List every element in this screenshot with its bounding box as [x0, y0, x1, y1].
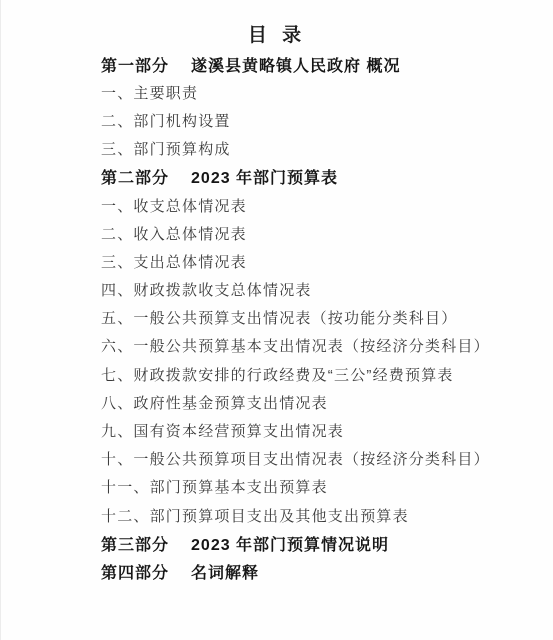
part-title: 2023 年部门预算表: [191, 165, 338, 188]
toc-heading-part-2: 第二部分 2023 年部门预算表: [101, 163, 523, 191]
toc-item: 六、一般公共预算基本支出情况表（按经济分类科目）: [101, 332, 523, 360]
toc-item-label: 六、一般公共预算基本支出情况表（按经济分类科目）: [101, 335, 490, 356]
part-title: 遂溪县黄略镇人民政府 概况: [191, 53, 400, 76]
toc-item-label: 八、政府性基金预算支出情况表: [101, 392, 328, 413]
page-title: 目 录: [1, 0, 553, 47]
part-title: 名词解释: [191, 560, 259, 583]
toc-item-label: 九、国有资本经营预算支出情况表: [101, 420, 344, 441]
toc-item-label: 四、财政拨款收支总体情况表: [101, 279, 312, 300]
toc-item: 五、一般公共预算支出情况表（按功能分类科目）: [101, 304, 523, 332]
toc-item-label: 一、主要职责: [101, 82, 198, 103]
part-title: 2023 年部门预算情况说明: [191, 532, 389, 555]
toc-heading-part-4: 第四部分 名词解释: [101, 557, 523, 585]
toc-item: 一、收支总体情况表: [101, 191, 523, 219]
toc-item: 三、支出总体情况表: [101, 247, 523, 275]
toc-item-label: 十一、部门预算基本支出预算表: [101, 476, 328, 497]
toc-item-label: 五、一般公共预算支出情况表（按功能分类科目）: [101, 307, 457, 328]
toc-item: 十二、部门预算项目支出及其他支出预算表: [101, 501, 523, 529]
toc-item: 七、财政拨款安排的行政经费及“三公”经费预算表: [101, 360, 523, 388]
toc-item-label: 十、一般公共预算项目支出情况表（按经济分类科目）: [101, 448, 490, 469]
toc-item: 一、主要职责: [101, 78, 523, 106]
part-number: 第二部分: [101, 165, 169, 188]
toc-item: 二、部门机构设置: [101, 106, 523, 134]
toc-item: 十、一般公共预算项目支出情况表（按经济分类科目）: [101, 445, 523, 473]
toc-item-label: 七、财政拨款安排的行政经费及“三公”经费预算表: [101, 364, 454, 385]
toc-heading-part-3: 第三部分 2023 年部门预算情况说明: [101, 529, 523, 557]
toc-item-label: 三、部门预算构成: [101, 138, 231, 159]
toc-item-label: 三、支出总体情况表: [101, 251, 247, 272]
toc-item: 八、政府性基金预算支出情况表: [101, 388, 523, 416]
toc-item: 四、财政拨款收支总体情况表: [101, 276, 523, 304]
document-page: 目 录 第一部分 遂溪县黄略镇人民政府 概况 一、主要职责 二、部门机构设置 三…: [0, 0, 553, 640]
table-of-contents: 第一部分 遂溪县黄略镇人民政府 概况 一、主要职责 二、部门机构设置 三、部门预…: [101, 50, 523, 586]
toc-item-label: 二、部门机构设置: [101, 110, 231, 131]
toc-item: 三、部门预算构成: [101, 135, 523, 163]
toc-heading-part-1: 第一部分 遂溪县黄略镇人民政府 概况: [101, 50, 523, 78]
toc-item-label: 二、收入总体情况表: [101, 223, 247, 244]
part-number: 第三部分: [101, 532, 169, 555]
toc-item-label: 十二、部门预算项目支出及其他支出预算表: [101, 505, 409, 526]
part-number: 第一部分: [101, 53, 169, 76]
part-number: 第四部分: [101, 560, 169, 583]
toc-item: 二、收入总体情况表: [101, 219, 523, 247]
toc-item: 十一、部门预算基本支出预算表: [101, 473, 523, 501]
toc-item: 九、国有资本经营预算支出情况表: [101, 416, 523, 444]
toc-item-label: 一、收支总体情况表: [101, 195, 247, 216]
